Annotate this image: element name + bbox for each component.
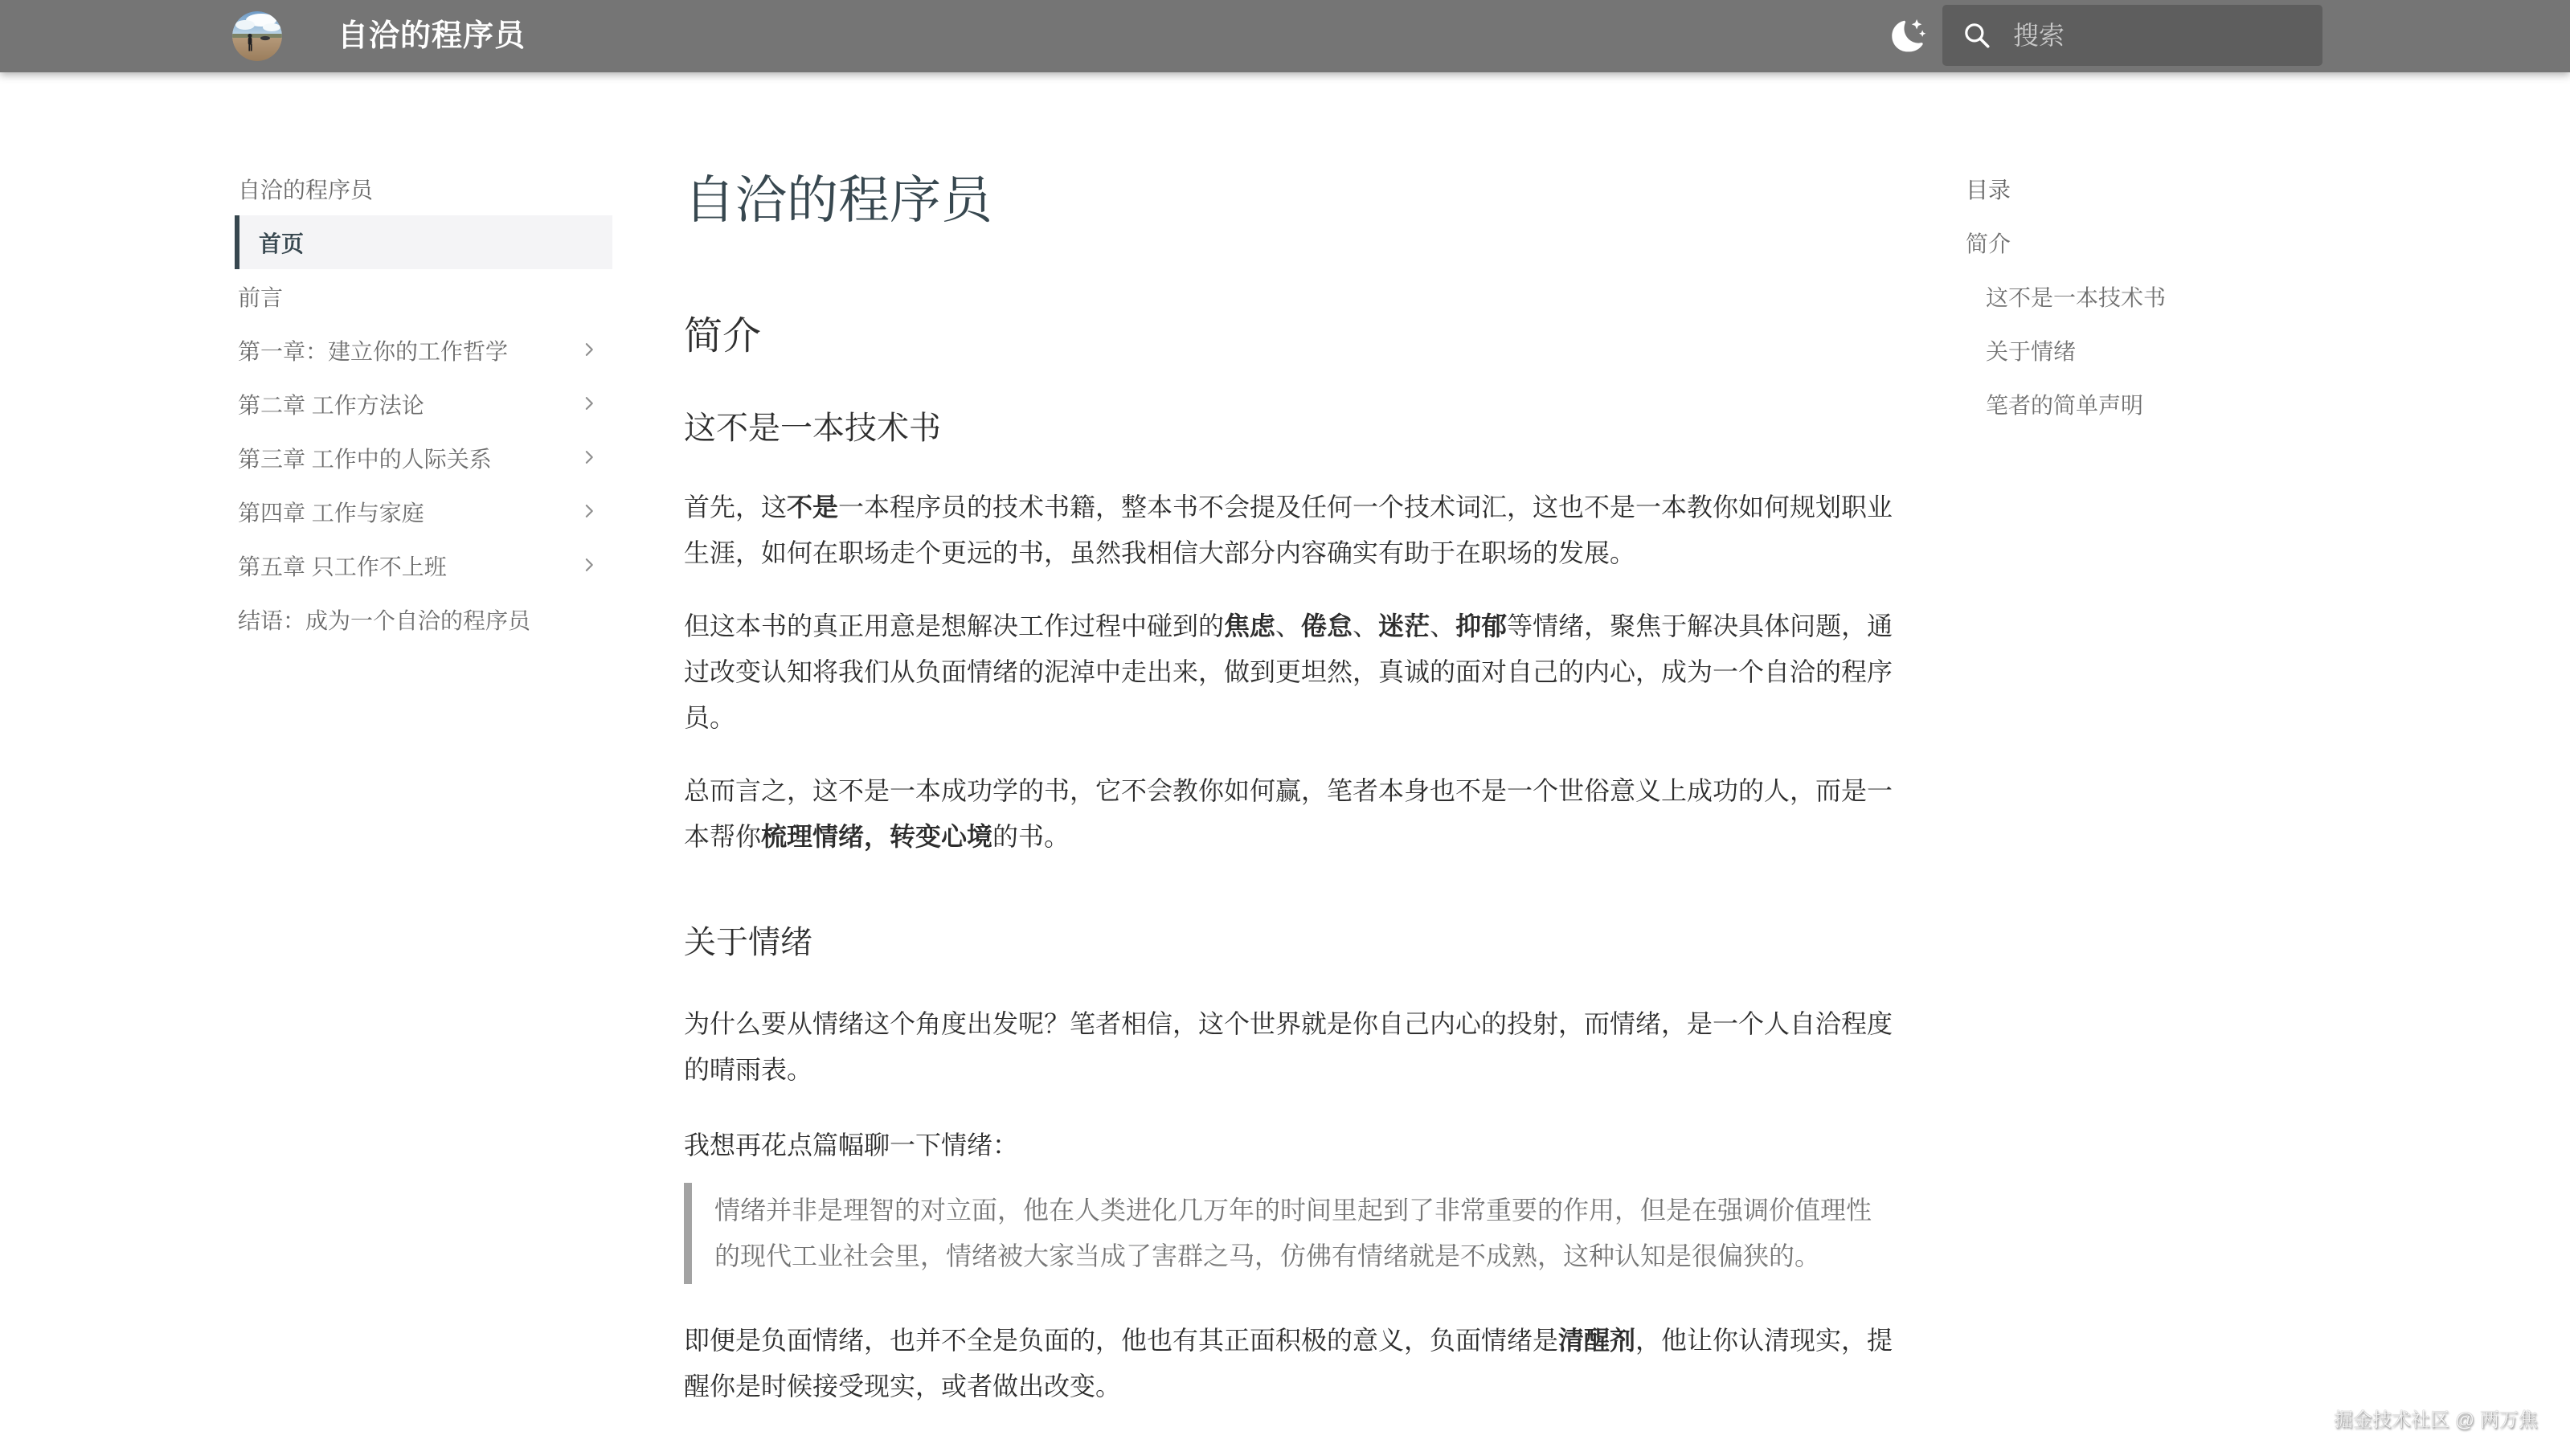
toc-item-label: 笔者的简单声明 [1986, 388, 2143, 420]
toc-item-about-emotions[interactable]: 关于情绪 [1966, 323, 2311, 377]
paragraph-3: 总而言之，这不是一本成功学的书，它不会教你如何赢，笔者本身也不是一个世俗意义上成… [684, 768, 1905, 860]
sidebar-item-label: 第四章 工作与家庭 [238, 496, 424, 528]
search-box[interactable] [1942, 5, 2322, 66]
sidebar-item-label: 首页 [259, 227, 304, 259]
sidebar-item-label: 第五章 只工作不上班 [238, 550, 447, 582]
page-title: 自洽的程序员 [684, 172, 1905, 228]
chevron-right-icon[interactable] [577, 391, 601, 415]
sidebar-item-label: 第一章：建立你的工作哲学 [238, 334, 508, 366]
chevron-right-icon[interactable] [577, 445, 601, 469]
quote-text: 情绪并非是理智的对立面，他在人类进化几万年的时间里起到了非常重要的作用，但是在强… [714, 1188, 1889, 1279]
toc-item-intro[interactable]: 简介 [1966, 215, 2311, 269]
sidebar-item-chapter-1[interactable]: 第一章：建立你的工作哲学 [235, 323, 612, 377]
chevron-right-icon[interactable] [577, 499, 601, 523]
paragraph-4: 为什么要从情绪这个角度出发呢？笔者相信，这个世界就是你自己内心的投射，而情绪，是… [684, 1001, 1905, 1093]
magnifier-icon [1962, 20, 1992, 51]
search-input[interactable] [2011, 20, 2352, 51]
sidebar-item-label: 第三章 工作中的人际关系 [238, 442, 492, 474]
sidebar-item-epilogue[interactable]: 结语：成为一个自洽的程序员 [235, 592, 612, 646]
content-area: 自洽的程序员 简介 这不是一本技术书 首先，这不是一本程序员的技术书籍，整本书不… [684, 72, 1905, 1409]
site-logo[interactable] [232, 11, 282, 61]
section-heading-intro: 简介 [684, 315, 1905, 358]
sidebar-site-title: 自洽的程序员 [235, 162, 612, 215]
site-avatar-photo [232, 51, 282, 61]
toc-item-not-a-tech-book[interactable]: 这不是一本技术书 [1966, 269, 2311, 323]
paragraph-2: 但这本书的真正用意是想解决工作过程中碰到的焦虑、倦怠、迷茫、抑郁等情绪，聚焦于解… [684, 603, 1905, 741]
paragraph-6: 即便是负面情绪，也并不全是负面的，他也有其正面积极的意义，负面情绪是清醒剂，他让… [684, 1318, 1905, 1409]
sidebar-item-home[interactable]: 首页 [235, 215, 612, 269]
sidebar-item-chapter-4[interactable]: 第四章 工作与家庭 [235, 485, 612, 538]
chevron-right-icon[interactable] [577, 337, 601, 362]
toc-item-label: 关于情绪 [1986, 334, 2076, 366]
paragraph-1: 首先，这不是一本程序员的技术书籍，整本书不会提及任何一个技术词汇，这也不是一本教… [684, 485, 1905, 576]
site-title[interactable]: 自洽的程序员 [338, 0, 526, 72]
quote-block: 情绪并非是理智的对立面，他在人类进化几万年的时间里起到了非常重要的作用，但是在强… [684, 1183, 1905, 1284]
paragraph-5: 我想再花点篇幅聊一下情绪： [684, 1123, 1905, 1168]
sidebar-item-label: 第二章 工作方法论 [238, 388, 424, 420]
chevron-right-icon[interactable] [577, 553, 601, 577]
sidebar-item-chapter-2[interactable]: 第二章 工作方法论 [235, 377, 612, 431]
app-header: 自洽的程序员 [0, 0, 2570, 72]
toc-item-label: 简介 [1966, 227, 2011, 259]
sidebar-item-preface[interactable]: 前言 [235, 269, 612, 323]
sidebar-item-chapter-5[interactable]: 第五章 只工作不上班 [235, 538, 612, 592]
subsection-heading-about-emotions: 关于情绪 [684, 924, 1905, 961]
toc-item-author-statement[interactable]: 笔者的简单声明 [1966, 377, 2311, 431]
primary-nav: 自洽的程序员 首页 前言 第一章：建立你的工作哲学 第二章 工作方法论 第三章 … [235, 162, 612, 646]
sidebar-item-chapter-3[interactable]: 第三章 工作中的人际关系 [235, 431, 612, 485]
toc-title: 目录 [1966, 162, 2311, 215]
sidebar-item-label: 前言 [238, 280, 283, 313]
subsection-heading-not-a-tech-book: 这不是一本技术书 [684, 410, 1905, 447]
moon-stars-icon [1887, 46, 1927, 58]
dark-mode-toggle[interactable] [1884, 14, 1930, 58]
toc-item-label: 这不是一本技术书 [1986, 280, 2166, 313]
watermark: 掘金技术社区 @ 两万焦 [2334, 1404, 2538, 1432]
table-of-contents: 目录 简介 这不是一本技术书 关于情绪 笔者的简单声明 [1966, 162, 2311, 431]
sidebar-item-label: 结语：成为一个自洽的程序员 [238, 603, 530, 636]
